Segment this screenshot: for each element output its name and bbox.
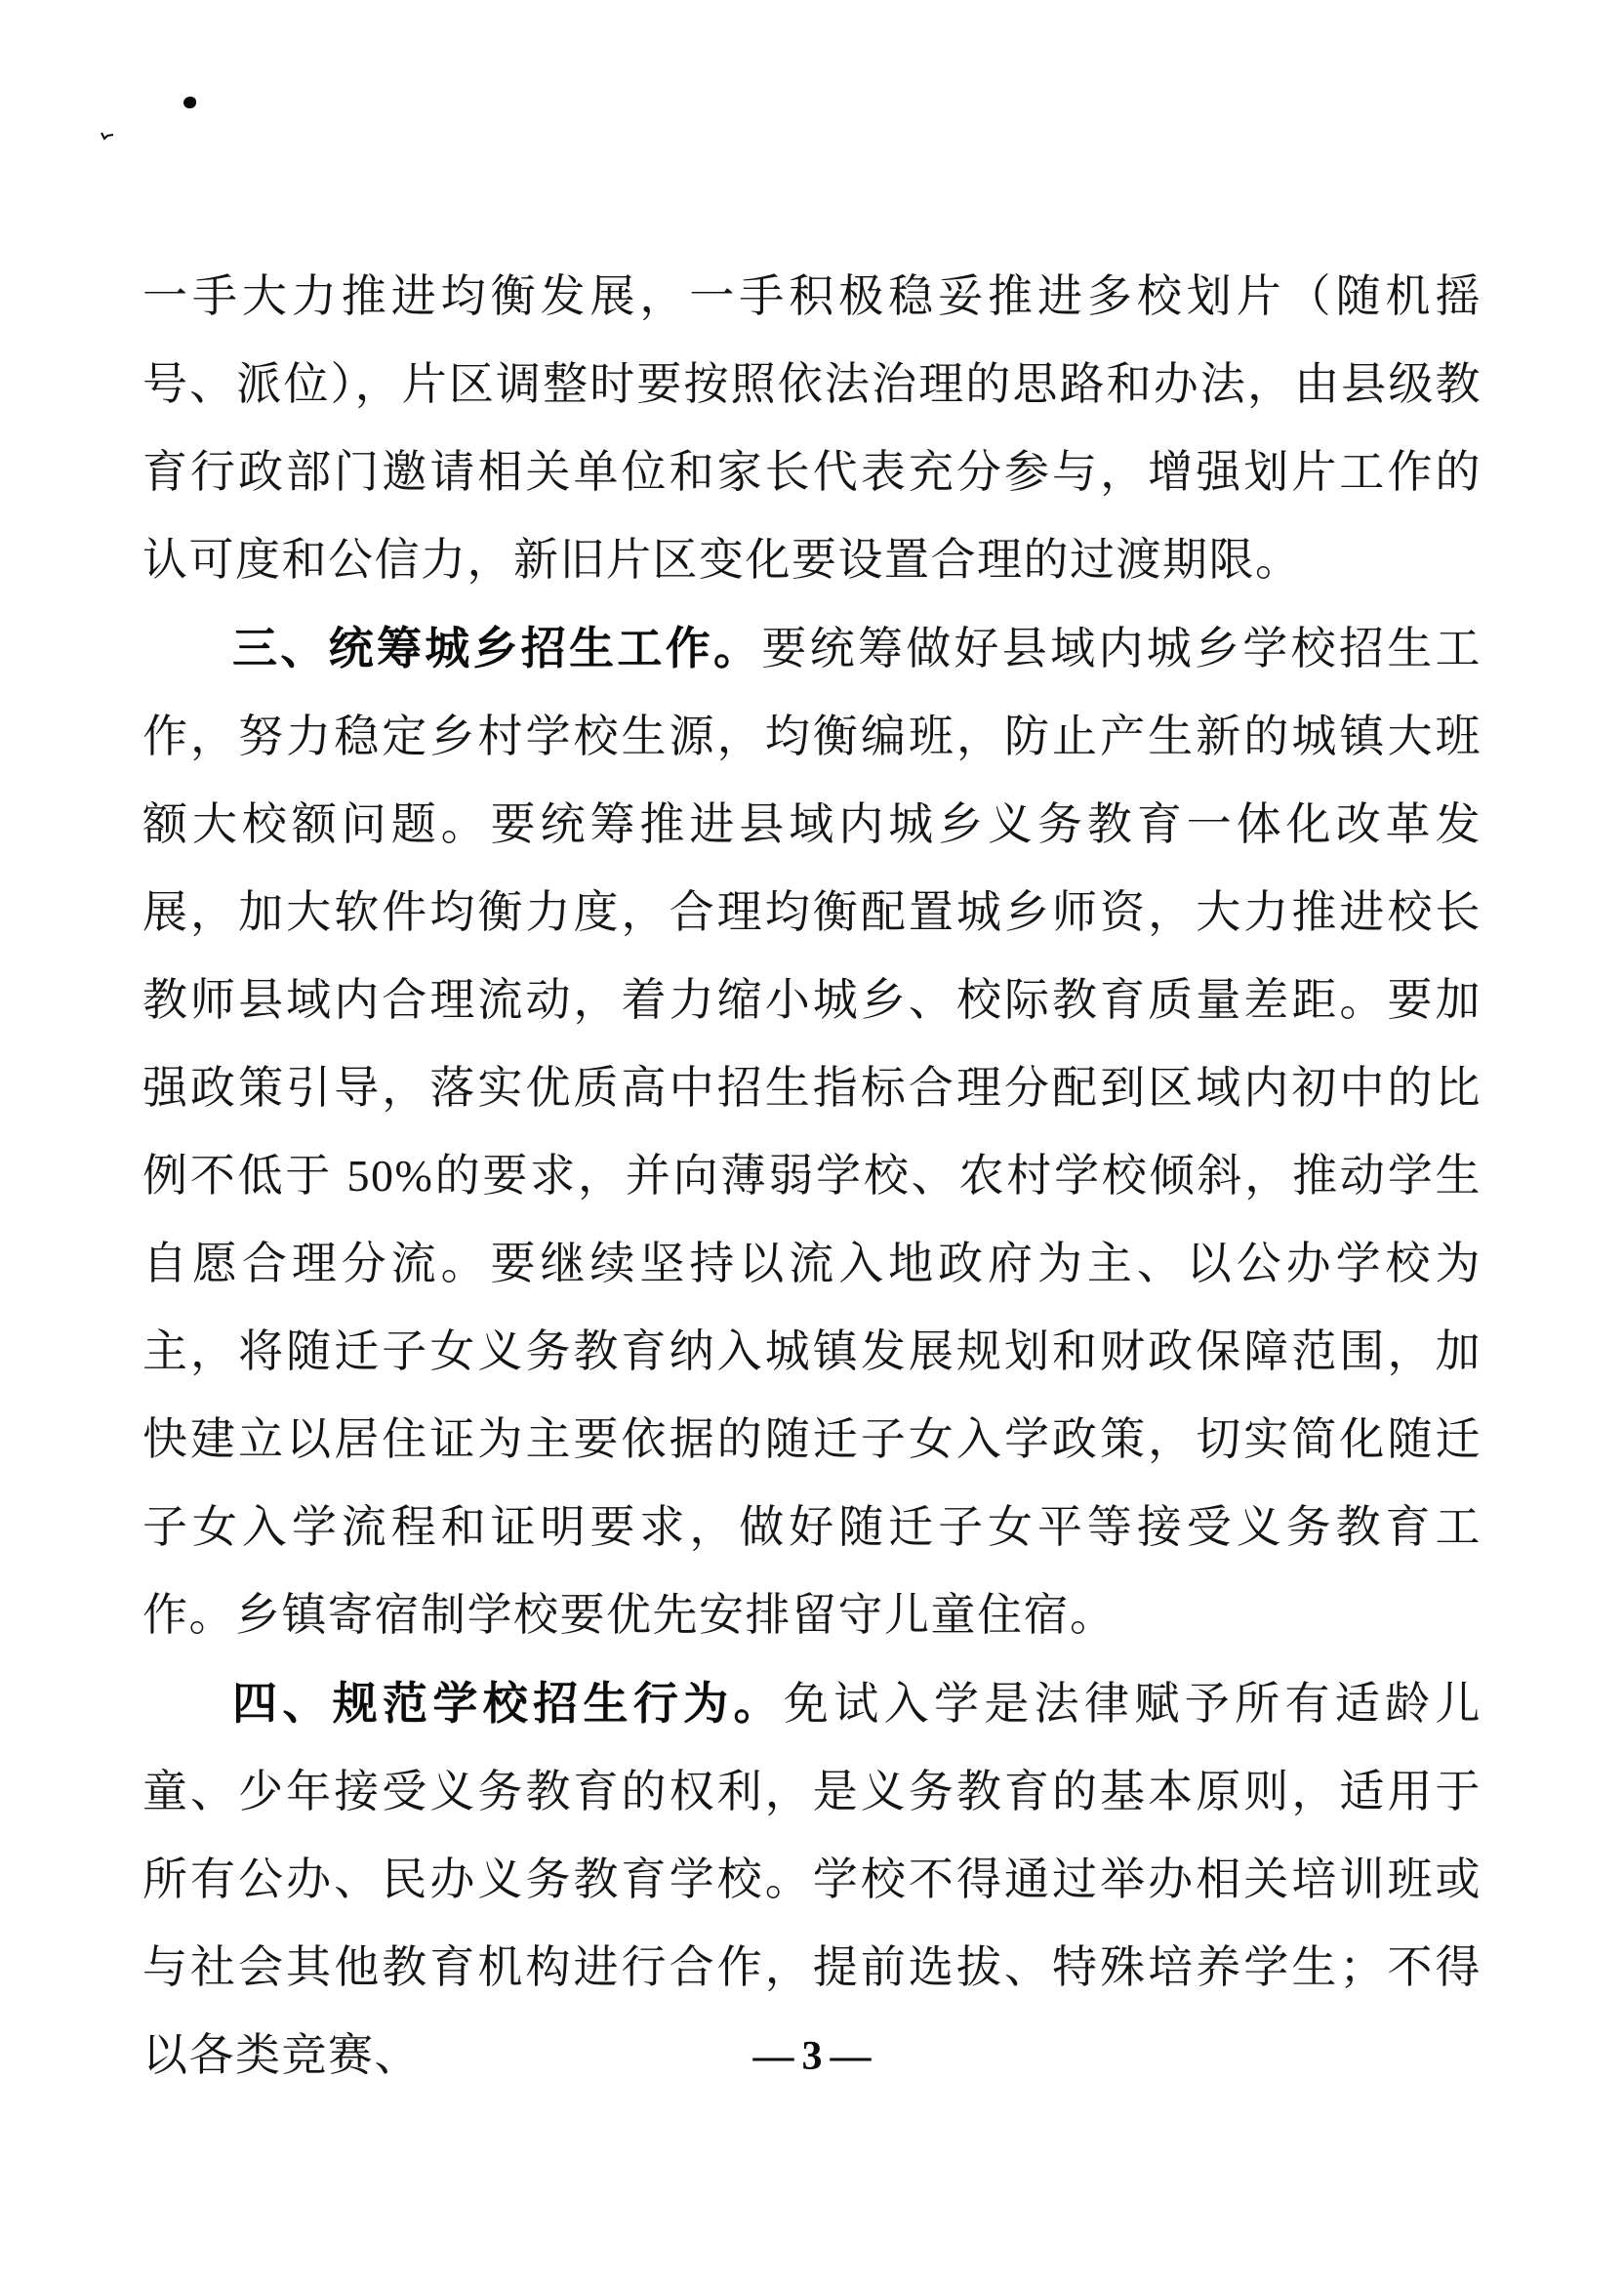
section-heading: 三、统筹城乡招生工作。: [232, 623, 761, 673]
page-number: —3—: [0, 2032, 1624, 2081]
paragraph-text: 要统筹做好县域内城乡学校招生工作，努力稳定乡村学校生源，均衡编班，防止产生新的城…: [142, 624, 1482, 1640]
document-body: 一手大力推进均衡发展，一手积极稳妥推进多校划片（随机摇号、派位），片区调整时要按…: [142, 252, 1482, 2099]
paragraph: 一手大力推进均衡发展，一手积极稳妥推进多校划片（随机摇号、派位），片区调整时要按…: [142, 252, 1482, 604]
section-heading: 四、规范学校招生行为。: [232, 1678, 784, 1729]
page-number-value: 3: [794, 2034, 831, 2079]
document-page: 一手大力推进均衡发展，一手积极稳妥推进多校划片（随机摇号、派位），片区调整时要按…: [0, 0, 1624, 2282]
paragraph-text: 免试入学是法律赋予所有适龄儿童、少年接受义务教育的权利，是义务教育的基本原则，适…: [142, 1679, 1482, 2080]
page-number-dash-left: —: [753, 2034, 794, 2079]
page-number-dash-right: —: [831, 2034, 872, 2079]
ink-dot-mark: [183, 97, 196, 108]
pen-stroke-svg: [101, 130, 116, 142]
paragraph-text: 一手大力推进均衡发展，一手积极稳妥推进多校划片（随机摇号、派位），片区调整时要按…: [142, 271, 1482, 585]
pen-stroke-icon: [101, 129, 116, 146]
paragraph: 三、统筹城乡招生工作。要统筹做好县域内城乡学校招生工作，努力稳定乡村学校生源，均…: [142, 604, 1482, 1659]
